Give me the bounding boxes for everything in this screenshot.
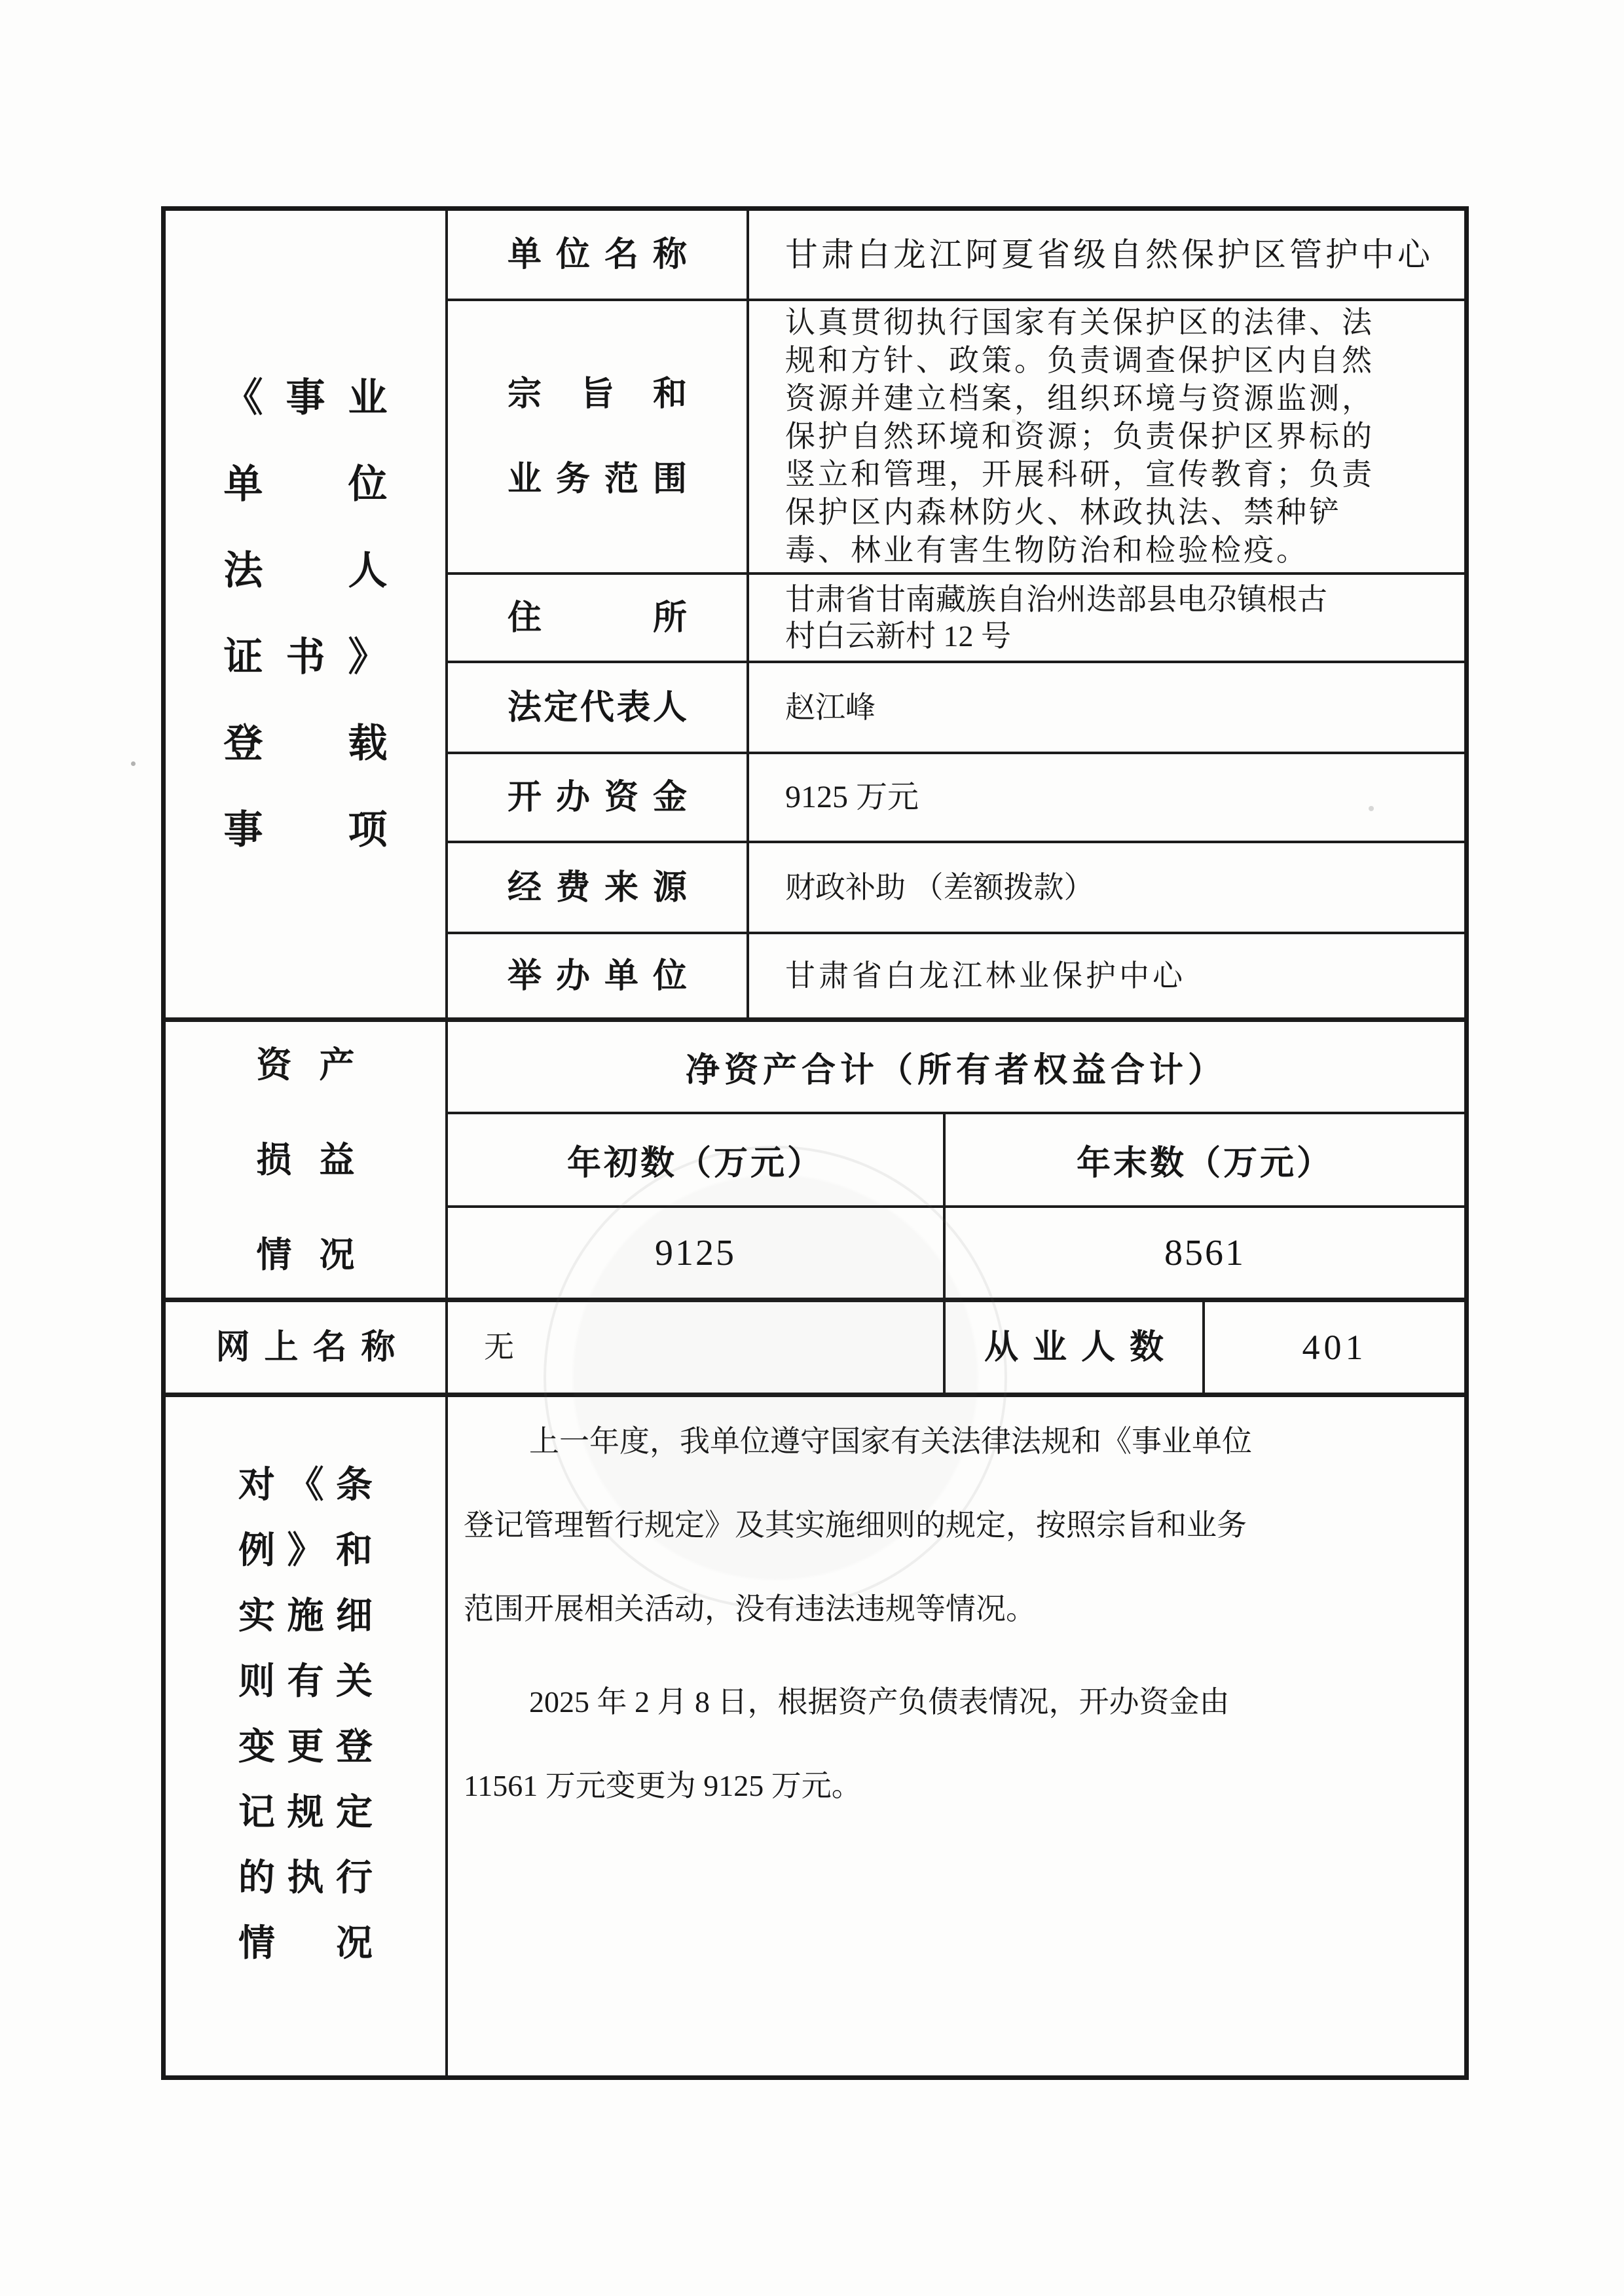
section-line-assets: [166, 1017, 1464, 1022]
staff-count-value-cell: 401: [1205, 1302, 1464, 1393]
sponsor-label-cell: 举办单位: [448, 934, 747, 1017]
capital-value-cell: 9125 万元: [749, 754, 1464, 841]
year-end-label: 年末数（万元）: [1077, 1135, 1333, 1184]
unit-name-label: 单位名称: [507, 212, 687, 297]
net-assets-header-cell: 净资产合计（所有者权益合计）: [448, 1022, 1464, 1112]
assets-group-label: 资产 损益 情况: [257, 1017, 355, 1302]
assets-group-cell: 资产 损益 情况: [166, 1022, 445, 1298]
registration-table: 《事业 单位 法人 证书》 登载 事项 单位名称 甘肃白龙江阿夏省级自然保护区管…: [161, 206, 1469, 2080]
sponsor-value: 甘肃省白龙江林业保护中心: [785, 958, 1186, 994]
compliance-group-cell: 对《条 例》和 实施细 则有关 变更登 记规定 的执行 情况: [166, 1397, 445, 2075]
staff-count-value: 401: [1302, 1327, 1367, 1368]
funding-value: 财政补助 （差额拨款）: [785, 869, 1094, 906]
compliance-paragraph-2: 2025 年 2 月 8 日，根据资产负债表情况，开办资金由 11561 万元变…: [464, 1660, 1435, 1828]
purpose-label: 宗旨和 业务范围: [507, 352, 687, 522]
certificate-group-label: 《事业 单位 法人 证书》 登载 事项: [224, 355, 388, 873]
address-value-cell: 甘肃省甘南藏族自治州迭部县电尕镇根古 村白云新村 12 号: [749, 575, 1464, 661]
online-name-value: 无: [484, 1329, 514, 1366]
year-end-label-cell: 年末数（万元）: [946, 1114, 1464, 1205]
unit-name-label-cell: 单位名称: [448, 211, 747, 299]
scan-speck: [1369, 806, 1374, 811]
address-label: 住所: [507, 575, 687, 661]
purpose-label-cell: 宗旨和 业务范围: [448, 301, 747, 572]
scanned-form-page: 《事业 单位 法人 证书》 登载 事项 单位名称 甘肃白龙江阿夏省级自然保护区管…: [0, 0, 1624, 2296]
legal-rep-label-cell: 法定代表人: [448, 663, 747, 752]
funding-label: 经费来源: [507, 845, 687, 930]
online-name-label-cell: 网上名称: [166, 1302, 445, 1393]
funding-label-cell: 经费来源: [448, 843, 747, 932]
year-end-value-cell: 8561: [946, 1208, 1464, 1298]
faint-seal-imprint: [544, 1146, 1007, 1609]
legal-rep-value: 赵江峰: [785, 689, 876, 726]
scan-speck: [131, 761, 136, 766]
online-name-label: 网上名称: [216, 1305, 396, 1390]
net-assets-header: 净资产合计（所有者权益合计）: [686, 1042, 1227, 1091]
address-value: 甘肃省甘南藏族自治州迭部县电尕镇根古 村白云新村 12 号: [785, 581, 1327, 655]
legal-rep-value-cell: 赵江峰: [749, 663, 1464, 752]
unit-name-value: 甘肃白龙江阿夏省级自然保护区管护中心: [785, 236, 1433, 273]
address-label-cell: 住所: [448, 575, 747, 661]
sponsor-label: 举办单位: [507, 934, 687, 1019]
certificate-group-cell: 《事业 单位 法人 证书》 登载 事项: [166, 211, 445, 1017]
purpose-value: 认真贯彻执行国家有关保护区的法律、法 规和方针、政策。负责调查保护区内自然 资源…: [785, 304, 1375, 570]
sponsor-value-cell: 甘肃省白龙江林业保护中心: [749, 934, 1464, 1017]
capital-value: 9125 万元: [785, 779, 919, 816]
staff-count-label: 从业人数: [984, 1305, 1164, 1390]
funding-value-cell: 财政补助 （差额拨款）: [749, 843, 1464, 932]
capital-label-cell: 开办资金: [448, 754, 747, 841]
year-end-value: 8561: [1164, 1232, 1246, 1274]
legal-rep-label: 法定代表人: [507, 665, 687, 750]
unit-name-value-cell: 甘肃白龙江阿夏省级自然保护区管护中心: [749, 211, 1464, 299]
capital-label: 开办资金: [507, 755, 687, 840]
purpose-value-cell: 认真贯彻执行国家有关保护区的法律、法 规和方针、政策。负责调查保护区内自然 资源…: [749, 301, 1464, 572]
scan-speck: [1012, 419, 1016, 423]
compliance-group-label: 对《条 例》和 实施细 则有关 变更登 记规定 的执行 情况: [238, 1453, 373, 1977]
